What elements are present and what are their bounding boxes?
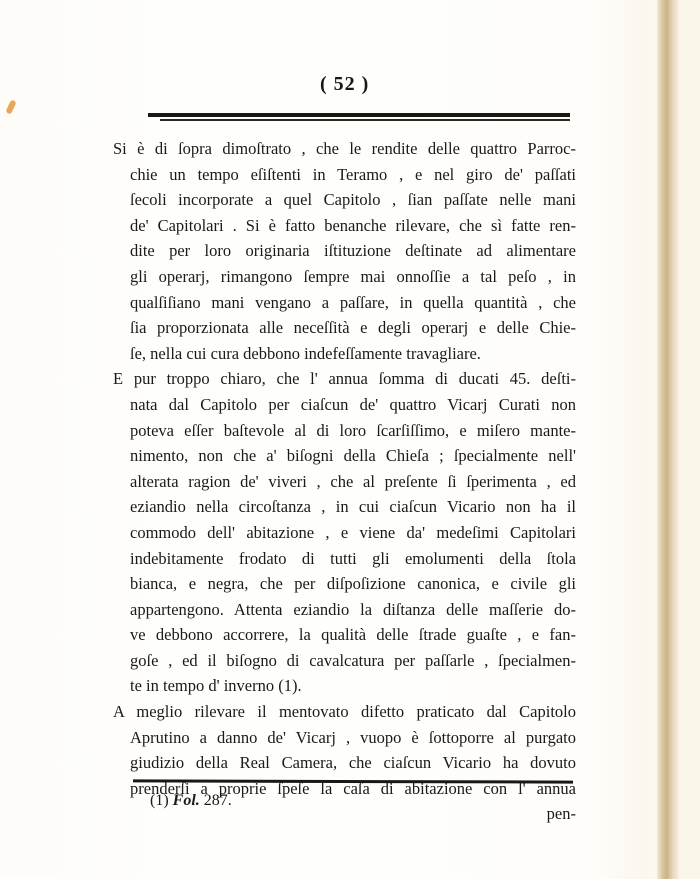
text-line: eziandio nella circoſtanza , in cui ciaſ… bbox=[147, 494, 576, 520]
text-line: qualſiſiano mani vengano a paſſare, in q… bbox=[147, 290, 576, 316]
text-line: commodo dell' abitazione , e viene da' m… bbox=[147, 520, 576, 546]
text-line: te in tempo d' inverno (1). bbox=[147, 673, 576, 699]
text-line: ſecoli incorporate a quel Capitolo , ſia… bbox=[147, 187, 576, 213]
text-line: alterata ragion de' viveri , che al preſ… bbox=[147, 469, 576, 495]
text-line: E pur troppo chiaro, che l' annua ſomma … bbox=[130, 366, 576, 392]
text-line: ſe, nella cui cura debbono indefeſſament… bbox=[147, 341, 576, 367]
footnote: (1) Fol. 287. bbox=[150, 792, 232, 810]
text-line: ve debbono accorrere, la qualità delle ſ… bbox=[147, 622, 576, 648]
text-line: dite per loro originaria iſtituzione deſ… bbox=[147, 238, 576, 264]
text-line: poteva eſſer baſtevole al di loro ſcarſi… bbox=[147, 418, 576, 444]
adjacent-page-edge bbox=[679, 0, 700, 879]
footnote-marker: (1) bbox=[150, 792, 169, 809]
body-text: Si è di ſopra dimoſtrato , che le rendit… bbox=[130, 136, 576, 827]
paragraph-2: E pur troppo chiaro, che l' annua ſomma … bbox=[130, 366, 576, 699]
footnote-folio-label: Fol. bbox=[173, 792, 200, 809]
text-line: Aprutino a danno de' Vicarj , vuopo è ſo… bbox=[147, 725, 576, 751]
text-line: A meglio rilevare il mentovato difetto p… bbox=[130, 699, 576, 725]
text-line: indebitamente frodato di tutti gli emolu… bbox=[147, 546, 576, 572]
text-line: chie un tempo eſiſtenti in Teramo , e ne… bbox=[147, 162, 576, 188]
text-line: bianca, e negra, che per diſpoſizione ca… bbox=[147, 571, 576, 597]
header-rule-thin bbox=[160, 119, 570, 121]
footnote-folio-number: 287. bbox=[204, 792, 232, 809]
page-fold-gutter bbox=[657, 0, 679, 879]
text-line: gli operarj, rimangono ſempre mai onnoſſ… bbox=[147, 264, 576, 290]
text-line: nata dal Capitolo per ciaſcun de' quattr… bbox=[147, 392, 576, 418]
text-line: giudizio della Real Camera, che ciaſcun … bbox=[147, 750, 576, 776]
text-line: Si è di ſopra dimoſtrato , che le rendit… bbox=[130, 136, 576, 162]
paragraph-1: Si è di ſopra dimoſtrato , che le rendit… bbox=[130, 136, 576, 366]
header-rule-thick bbox=[148, 113, 570, 117]
page-number: ( 52 ) bbox=[320, 73, 369, 96]
text-line: appartengono. Attenta eziandio la diſtan… bbox=[147, 597, 576, 623]
text-line: de' Capitolari . Si è fatto benanche ril… bbox=[147, 213, 576, 239]
text-line: nimento, non che a' biſogni della Chieſa… bbox=[147, 443, 576, 469]
text-line: goſe , ed il biſogno di cavalcatura per … bbox=[147, 648, 576, 674]
text-line: ſia proporzionata alle neceſſità e degli… bbox=[147, 315, 576, 341]
